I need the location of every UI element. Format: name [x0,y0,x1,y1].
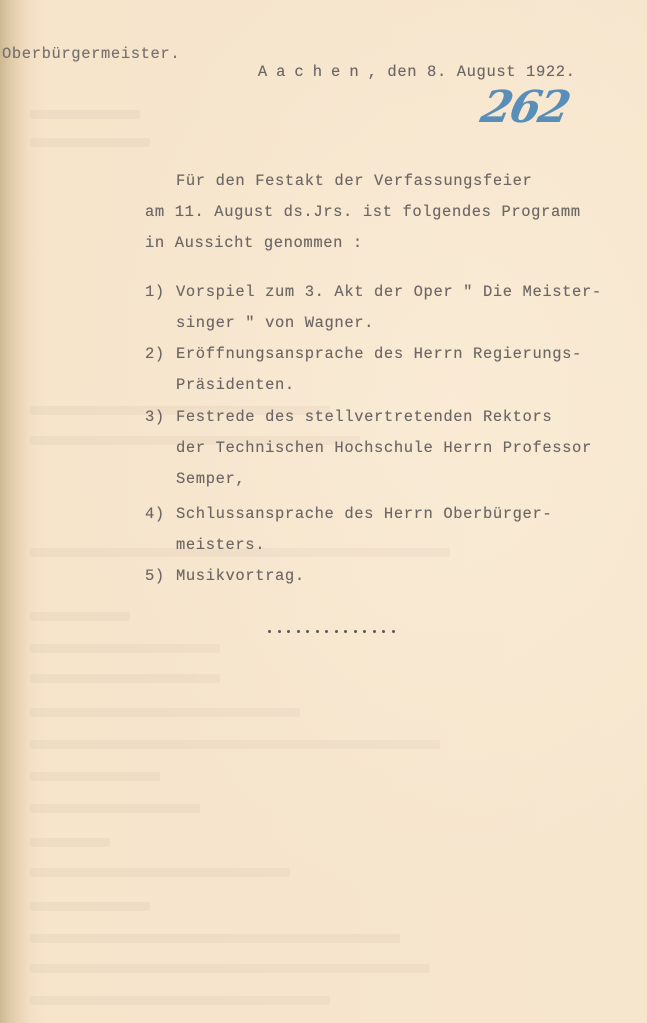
item-number: 5) [145,567,165,585]
separator-dot [325,630,328,633]
item-line: Festrede des stellvertretenden Rektors [176,408,552,426]
item-line: Eröffnungsansprache des Herrn Regierungs… [176,345,582,363]
item-line: singer " von Wagner. [176,314,374,332]
separator-dot [287,630,290,633]
place-date-line: Aachen, den 8. August 1922. [238,45,576,81]
dotted-separator [268,630,395,633]
separator-dot [354,630,357,633]
item-line: Semper, [176,470,245,488]
separator-dot [306,630,309,633]
separator-dot [316,630,319,633]
item-line: der Technischen Hochschule Herrn Profess… [176,439,592,457]
separator-dot [344,630,347,633]
separator-dot [268,630,271,633]
item-line: Präsidenten. [176,376,295,394]
separator-dot [297,630,300,633]
separator-dot [278,630,281,633]
intro-line: am 11. August ds.Jrs. ist folgendes Prog… [145,203,581,221]
item-line: meisters. [176,536,265,554]
separator-dot [373,630,376,633]
date-prefix: , den [368,63,418,81]
item-number: 1) [145,283,165,301]
intro-line: Für den Festakt der Verfassungsfeier [176,172,532,190]
separator-dot [382,630,385,633]
separator-dot [392,630,395,633]
item-line: Musikvortrag. [176,567,305,585]
item-line: Schlussansprache des Herrn Oberbürger- [176,505,552,523]
item-number: 3) [145,408,165,426]
intro-line: in Aussicht genommen : [145,234,363,252]
item-number: 4) [145,505,165,523]
sender-title: Oberbürgermeister. [2,45,180,63]
separator-dot [363,630,366,633]
separator-dot [335,630,338,633]
place-name: Aachen [258,63,368,81]
item-line: Vorspiel zum 3. Akt der Oper " Die Meist… [176,283,602,301]
item-number: 2) [145,345,165,363]
date: 8. August 1922. [427,63,576,81]
handwritten-register-number: 262 [477,82,574,133]
